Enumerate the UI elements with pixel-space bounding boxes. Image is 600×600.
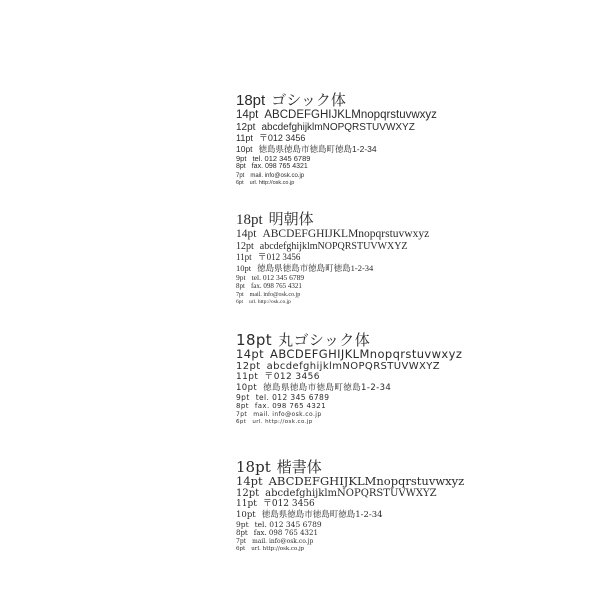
specimen-line: 11pt〒012 3456	[236, 133, 437, 144]
specimen-heading: 18ptゴシック体	[236, 93, 437, 109]
size-label: 7pt	[236, 291, 244, 299]
size-label: 18pt	[236, 93, 265, 109]
size-label: 6pt	[236, 299, 243, 306]
line-text: url. http://osk.co.jp	[251, 546, 304, 552]
size-label: 14pt	[236, 228, 256, 241]
specimen-line: 14ptABCDEFGHIJKLMnopqrstuvwxyz	[236, 475, 464, 488]
line-text: 〒012 3456	[259, 133, 306, 143]
size-label: 9pt	[236, 393, 250, 402]
specimen-block-mincho: 18pt明朝体 14ptABCDEFGHIJKLMnopqrstuvwxyz 1…	[236, 212, 429, 306]
specimen-line: 11pt〒012 3456	[236, 499, 464, 510]
specimen-line: 9pttel. 012 345 6789	[236, 393, 462, 402]
line-text: 徳島県徳島市徳島町徳島1-2-34	[262, 510, 383, 520]
specimen-heading: 18pt楷書体	[236, 459, 464, 475]
specimen-line: 10pt徳島県徳島市徳島町徳島1-2-34	[236, 383, 462, 393]
size-label: 10pt	[236, 383, 257, 393]
size-label: 10pt	[236, 263, 251, 273]
size-label: 11pt	[236, 372, 258, 383]
size-label: 14pt	[236, 109, 258, 122]
size-label: 8pt	[236, 402, 249, 411]
size-label: 10pt	[236, 510, 256, 520]
specimen-line: 8ptfax. 098 765 4321	[236, 282, 429, 291]
size-label: 8pt	[236, 282, 245, 291]
specimen-block-kaisho: 18pt楷書体 14ptABCDEFGHIJKLMnopqrstuvwxyz 1…	[236, 459, 464, 553]
size-label: 7pt	[236, 538, 246, 546]
line-text: fax. 098 765 4321	[254, 529, 318, 537]
specimen-block-maru-gothic: 18pt丸ゴシック体 14ptABCDEFGHIJKLMnopqrstuvwxy…	[236, 332, 462, 426]
size-label: 12pt	[236, 122, 255, 134]
specimen-line: 9pttel. 012 345 6789	[236, 273, 429, 282]
size-label: 18pt	[236, 212, 263, 228]
line-text: abcdefghijklmNOPQRSTUVWXYZ	[267, 361, 440, 372]
specimen-line: 6pturl. http://osk.co.jp	[236, 419, 462, 426]
specimen-line: 12ptabcdefghijklmNOPQRSTUVWXYZ	[236, 361, 462, 373]
font-specimen-sheet: 18ptゴシック体 14ptABCDEFGHIJKLMnopqrstuvwxyz…	[0, 0, 600, 600]
line-text: fax. 098 765 4321	[251, 282, 302, 290]
size-label: 11pt	[236, 133, 253, 144]
specimen-line: 8ptfax. 098 765 4321	[236, 402, 462, 411]
line-text: ABCDEFGHIJKLMnopqrstuvwxyz	[264, 109, 437, 121]
size-label: 11pt	[236, 499, 257, 510]
specimen-line: 8ptfax. 098 765 4321	[236, 163, 437, 172]
size-label: 7pt	[236, 411, 247, 419]
size-label: 6pt	[236, 180, 244, 187]
specimen-line: 12ptabcdefghijklmNOPQRSTUVWXYZ	[236, 488, 464, 500]
specimen-heading: 18pt明朝体	[236, 212, 429, 228]
size-label: 12pt	[236, 488, 259, 500]
line-text: ABCDEFGHIJKLMnopqrstuvwxyz	[269, 474, 465, 488]
specimen-line: 8ptfax. 098 765 4321	[236, 529, 464, 538]
line-text: tel. 012 345 6789	[256, 393, 330, 402]
specimen-block-gothic: 18ptゴシック体 14ptABCDEFGHIJKLMnopqrstuvwxyz…	[236, 93, 437, 187]
line-text: tel. 012 345 6789	[255, 520, 322, 529]
line-text: fax. 098 765 4321	[255, 402, 326, 410]
line-text: url. http://osk.co.jp	[252, 419, 312, 425]
size-label: 11pt	[236, 252, 252, 263]
specimen-line: 11pt〒012 3456	[236, 252, 429, 263]
line-text: tel. 012 345 6789	[252, 154, 310, 163]
specimen-line: 6pturl. http://osk.co.jp	[236, 546, 464, 553]
line-text: ABCDEFGHIJKLMnopqrstuvwxyz	[262, 228, 429, 240]
size-label: 6pt	[236, 419, 246, 426]
specimen-line: 7ptmail. info@osk.co.jp	[236, 538, 464, 546]
specimen-line: 7ptmail. info@osk.co.jp	[236, 291, 429, 299]
line-text: abcdefghijklmNOPQRSTUVWXYZ	[261, 122, 414, 133]
specimen-line: 14ptABCDEFGHIJKLMnopqrstuvwxyz	[236, 228, 429, 241]
size-label: 9pt	[236, 273, 246, 282]
specimen-line: 9pttel. 012 345 6789	[236, 520, 464, 529]
line-text: ABCDEFGHIJKLMnopqrstuvwxyz	[270, 347, 462, 361]
size-label: 6pt	[236, 546, 245, 553]
line-text: url. http://osk.co.jp	[249, 299, 291, 305]
size-label: 8pt	[236, 163, 246, 172]
size-label: 18pt	[236, 332, 272, 348]
line-text: mail. info@osk.co.jp	[252, 538, 313, 545]
specimen-line: 7ptmail. info@osk.co.jp	[236, 411, 462, 419]
size-label: 10pt	[236, 144, 253, 154]
size-label: 9pt	[236, 154, 246, 163]
size-label: 18pt	[236, 459, 271, 475]
specimen-line: 9pttel. 012 345 6789	[236, 154, 437, 163]
size-label: 8pt	[236, 529, 248, 538]
line-text: 〒012 3456	[258, 252, 301, 262]
line-text: fax. 098 765 4321	[252, 163, 308, 170]
line-text: 〒012 3456	[264, 372, 320, 382]
line-text: abcdefghijklmNOPQRSTUVWXYZ	[265, 488, 436, 499]
line-text: mail. info@osk.co.jp	[253, 411, 321, 418]
specimen-line: 12ptabcdefghijklmNOPQRSTUVWXYZ	[236, 241, 429, 253]
specimen-line: 10pt徳島県徳島市徳島町徳島1-2-34	[236, 510, 464, 520]
size-label: 14pt	[236, 475, 263, 488]
specimen-line: 11pt〒012 3456	[236, 372, 462, 383]
line-text: abcdefghijklmNOPQRSTUVWXYZ	[260, 241, 408, 252]
specimen-line: 10pt徳島県徳島市徳島町徳島1-2-34	[236, 263, 429, 273]
specimen-line: 6pturl. http://osk.co.jp	[236, 299, 429, 306]
font-name: ゴシック体	[271, 92, 346, 109]
line-text: mail. info@osk.co.jp	[250, 173, 304, 179]
specimen-line: 14ptABCDEFGHIJKLMnopqrstuvwxyz	[236, 348, 462, 361]
size-label: 14pt	[236, 348, 264, 361]
size-label: 9pt	[236, 520, 249, 529]
size-label: 7pt	[236, 172, 244, 180]
specimen-line: 7ptmail. info@osk.co.jp	[236, 172, 437, 180]
size-label: 12pt	[236, 241, 254, 253]
specimen-line: 10pt徳島県徳島市徳島町徳島1-2-34	[236, 144, 437, 154]
font-name: 明朝体	[269, 212, 314, 228]
line-text: 徳島県徳島市徳島町徳島1-2-34	[263, 383, 391, 393]
line-text: tel. 012 345 6789	[252, 273, 305, 282]
specimen-line: 14ptABCDEFGHIJKLMnopqrstuvwxyz	[236, 109, 437, 122]
specimen-heading: 18pt丸ゴシック体	[236, 332, 462, 348]
line-text: 徳島県徳島市徳島町徳島1-2-34	[257, 263, 373, 273]
specimen-line: 12ptabcdefghijklmNOPQRSTUVWXYZ	[236, 122, 437, 134]
line-text: mail. info@osk.co.jp	[250, 292, 301, 298]
size-label: 12pt	[236, 361, 261, 373]
specimen-line: 6pturl. http://osk.co.jp	[236, 180, 437, 187]
line-text: 〒012 3456	[263, 499, 315, 509]
line-text: url. http://osk.co.jp	[250, 180, 295, 186]
line-text: 徳島県徳島市徳島町徳島1-2-34	[259, 144, 377, 154]
